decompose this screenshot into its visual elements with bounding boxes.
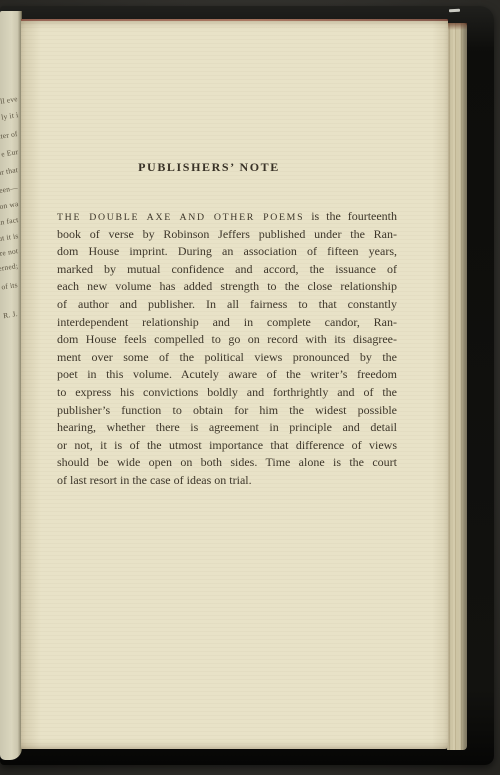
body-line-4: marked by mutual confidence and accord, … xyxy=(57,261,397,279)
body-line-2: book of verse by Robinson Jeffers publis… xyxy=(57,226,397,244)
previous-page-edge: ll eve ly it i tter of e Eur ear that be… xyxy=(0,11,22,760)
lead-in-small-caps: THE DOUBLE AXE AND OTHER POEMS xyxy=(57,212,304,223)
publishers-note-text: THE DOUBLE AXE AND OTHER POEMS is the fo… xyxy=(57,208,397,490)
body-line-12: publisher’s function to obtain for him t… xyxy=(57,402,397,420)
body-line-1: THE DOUBLE AXE AND OTHER POEMS is the fo… xyxy=(57,208,397,226)
previous-page-text-fragment: e Eur xyxy=(0,147,18,159)
body-line-1-rest: is the fourteenth xyxy=(311,209,397,223)
body-line-9: ment over some of the political views pr… xyxy=(57,349,397,367)
book-page: PUBLISHERS’ NOTE THE DOUBLE AXE AND OTHE… xyxy=(21,19,448,749)
previous-page-text-fragment: erned; xyxy=(0,261,19,273)
book-photo: ll eve ly it i tter of e Eur ear that be… xyxy=(0,0,500,775)
body-line-16: of last resort in the case of ideas on t… xyxy=(57,472,397,490)
previous-page-text-fragment: been— xyxy=(0,183,19,195)
top-stain xyxy=(21,19,448,21)
body-line-7: interdependent relationship and in compl… xyxy=(57,314,397,332)
body-line-15: should be wide open on both sides. Time … xyxy=(57,454,397,472)
body-line-8: dom House feels compelled to go on recor… xyxy=(57,331,397,349)
previous-page-signature: R. J. xyxy=(3,309,19,320)
body-line-5: each new volume has added strength to th… xyxy=(57,278,397,296)
body-line-14: or not, it is of the utmost importance t… xyxy=(57,437,397,455)
previous-page-text-fragment: ion wa xyxy=(0,199,19,211)
body-line-6: of author and publisher. In all fairness… xyxy=(57,296,397,314)
previous-page-text-fragment: , of its xyxy=(0,280,19,292)
cover-label-mark xyxy=(449,9,460,13)
body-line-10: poet in this volume. Acutely aware of th… xyxy=(57,366,397,384)
top-edge-stain xyxy=(447,23,467,30)
body-line-11: to express his convictions boldly and fo… xyxy=(57,384,397,402)
previous-page-text-fragment: tter of xyxy=(0,129,19,141)
previous-page-text-fragment: ly it i xyxy=(0,110,18,122)
previous-page-text-fragment: ear that xyxy=(0,165,19,178)
previous-page-text-fragment: ll eve xyxy=(0,94,19,106)
previous-page-text-fragment: ut it is xyxy=(0,231,19,243)
body-line-13: hearing, whether there is agreement in p… xyxy=(57,419,397,437)
body-line-3: dom House imprint. During an association… xyxy=(57,243,397,261)
page-heading: PUBLISHERS’ NOTE xyxy=(39,160,379,175)
previous-page-text-fragment: in fact xyxy=(0,215,19,227)
previous-page-text-fragment: are not xyxy=(0,246,19,258)
page-edges xyxy=(447,23,467,750)
